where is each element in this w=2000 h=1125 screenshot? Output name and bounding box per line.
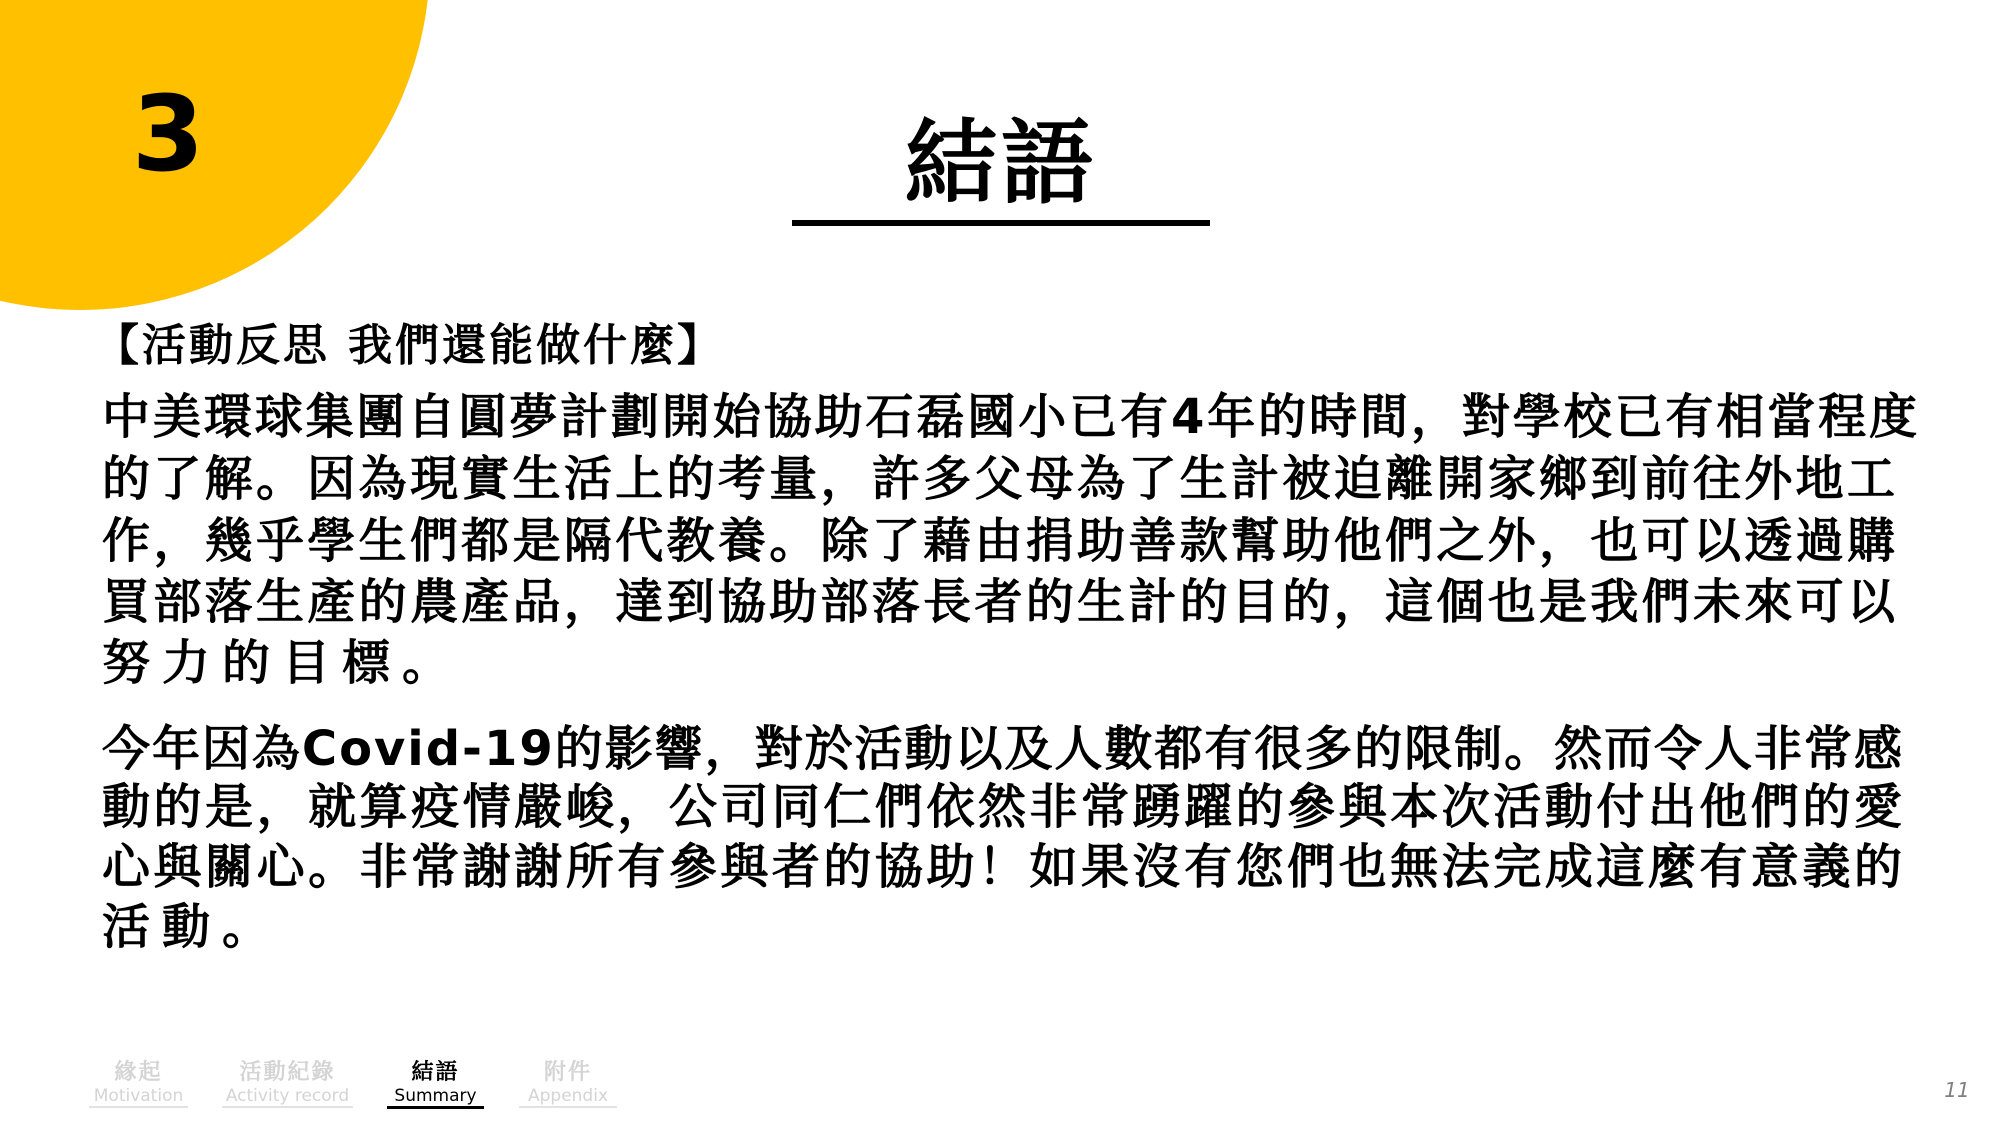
page-number: 11: [1940, 1078, 1974, 1102]
paragraph-line: 努力的目標。: [102, 634, 502, 692]
paragraph-line: 心與關心。非常謝謝所有參與者的協助！如果沒有您們也無法完成這麼有意義的: [102, 838, 1902, 896]
paragraph-line: 買部落生產的農產品，達到協助部落長者的生計的目的，這個也是我們未來可以: [102, 573, 1895, 631]
nav-item-en-label: Activity record: [222, 1086, 353, 1106]
nav-item-summary[interactable]: 結語 Summary: [387, 1060, 484, 1110]
nav-item-appendix[interactable]: 附件 Appendix: [519, 1060, 617, 1110]
nav-item-zh-label: 附件: [519, 1060, 617, 1086]
slide-title: 結語: [792, 112, 1210, 216]
nav-item-underline: [387, 1106, 484, 1109]
section-number: 3: [128, 82, 208, 186]
paragraph-line: 的了解。因為現實生活上的考量，許多父母為了生計被迫離開家鄉到前往外地工: [102, 450, 1895, 508]
paragraph-line: 今年因為Covid-19的影響，對於活動以及人數都有很多的限制。然而令人非常感: [102, 720, 1902, 778]
paragraph-line: 動的是，就算疫情嚴峻，公司同仁們依然非常踴躍的參與本次活動付出他們的愛: [102, 778, 1902, 836]
section-nav: 緣起 Motivation 活動紀錄 Activity record 結語 Su…: [0, 1060, 2000, 1120]
paragraph-line: 作，幾乎學生們都是隔代教養。除了藉由捐助善款幫助他們之外，也可以透過購: [102, 512, 1895, 570]
nav-item-en-label: Appendix: [519, 1086, 617, 1106]
nav-item-underline: [89, 1106, 188, 1108]
nav-item-zh-label: 活動紀錄: [222, 1060, 353, 1086]
nav-item-zh-label: 緣起: [89, 1060, 188, 1086]
paragraph-line: 中美環球集團自圓夢計劃開始協助石磊國小已有4年的時間，對學校已有相當程度: [102, 388, 1917, 446]
section-badge-circle: [0, 0, 430, 310]
title-underline: [792, 220, 1210, 226]
paragraph-line: 活動。: [102, 898, 302, 956]
nav-item-underline: [222, 1106, 353, 1108]
nav-item-motivation[interactable]: 緣起 Motivation: [89, 1060, 188, 1110]
nav-item-en-label: Motivation: [89, 1086, 188, 1106]
content-heading: 【活動反思 我們還能做什麼】: [95, 318, 721, 374]
nav-item-en-label: Summary: [387, 1086, 484, 1106]
nav-item-underline: [519, 1106, 617, 1108]
nav-item-zh-label: 結語: [387, 1060, 484, 1086]
nav-item-activity-record[interactable]: 活動紀錄 Activity record: [222, 1060, 353, 1110]
